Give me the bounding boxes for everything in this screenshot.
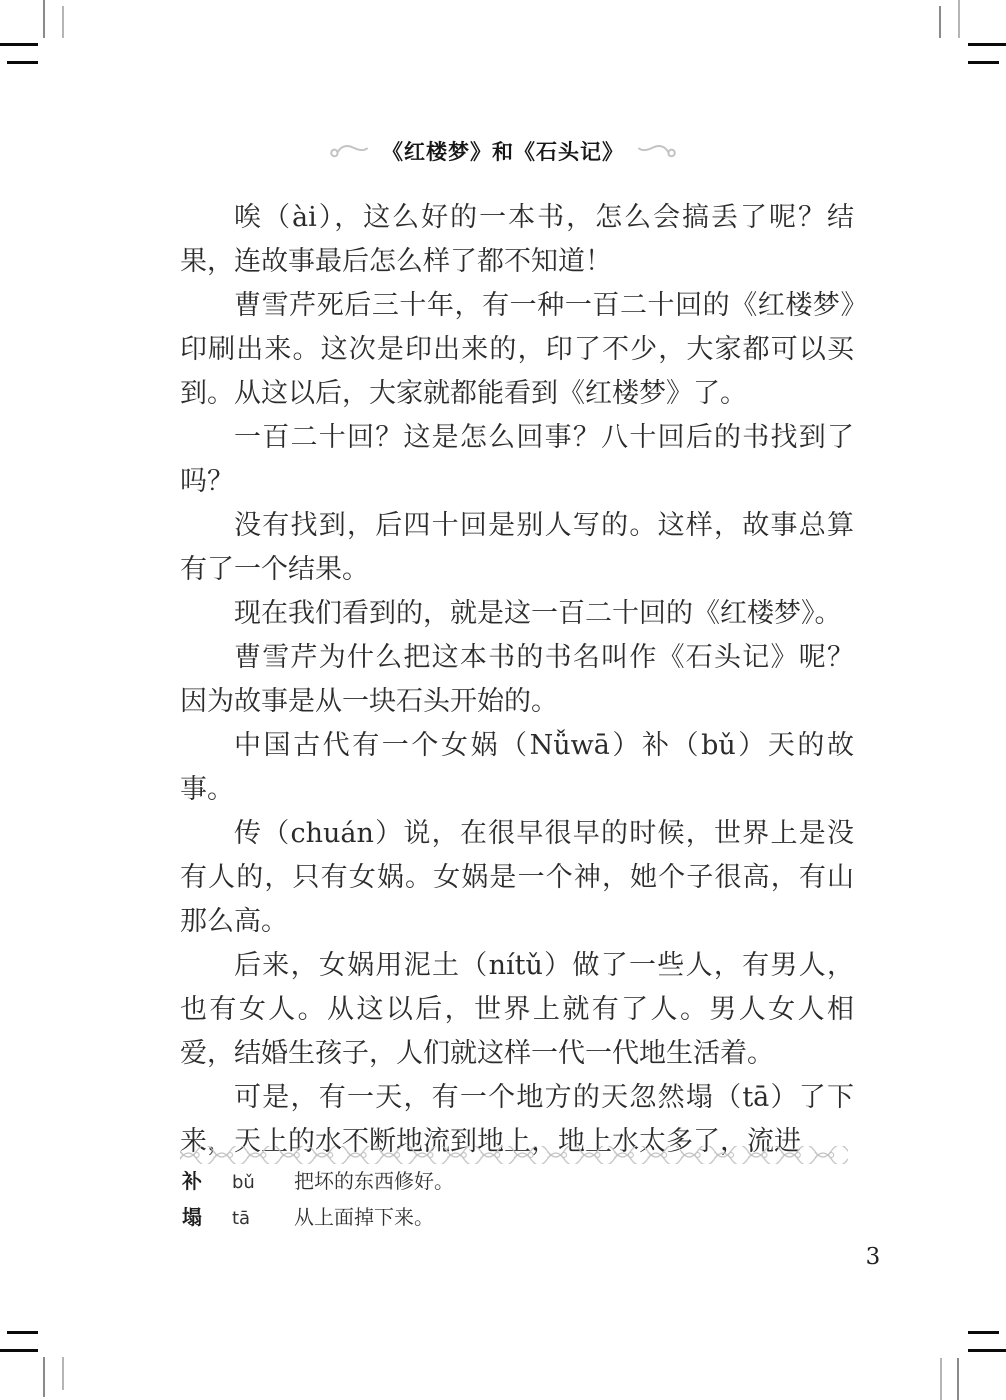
crop-mark-bottom-right-h2	[968, 1349, 1006, 1352]
footnote-pinyin: bǔ	[232, 1165, 272, 1200]
paragraph: 一百二十回？这是怎么回事？八十回后的书找到了吗？	[180, 416, 854, 504]
paragraph: 传（chuán）说，在很早很早的时候，世界上是没有人的，只有女娲。女娲是一个神，…	[180, 812, 854, 944]
page-number: 3	[858, 1244, 888, 1270]
crop-mark-bottom-right-h1	[968, 1331, 999, 1334]
crop-mark-bottom-right-v2	[957, 1358, 959, 1400]
crop-mark-bottom-right-v1	[940, 1358, 942, 1400]
crop-mark-top-right-v2	[958, 0, 960, 38]
crop-mark-top-right-v1	[939, 6, 941, 38]
flourish-swirl-right-icon	[637, 143, 677, 159]
body-text: 唉（ài），这么好的一本书，怎么会搞丢了呢？结果，连故事最后怎么样了都不知道！ …	[180, 196, 854, 1164]
footnote-row: 塌 tā 从上面掉下来。	[182, 1200, 854, 1236]
chapter-header: 《红楼梦》和《石头记》	[0, 136, 1006, 166]
paragraph: 唉（ài），这么好的一本书，怎么会搞丢了呢？结果，连故事最后怎么样了都不知道！	[180, 196, 854, 284]
crop-mark-top-right-h2	[968, 61, 999, 64]
flourish-swirl-left-icon	[329, 143, 369, 159]
crop-mark-top-left-v2	[62, 6, 64, 38]
crop-mark-top-left-v1	[43, 0, 45, 38]
paragraph: 中国古代有一个女娲（Nǚwā）补（bǔ）天的故事。	[180, 724, 854, 812]
footnote-pinyin: tā	[232, 1201, 272, 1236]
footnote-term: 塌	[182, 1200, 208, 1235]
footnote-term: 补	[182, 1164, 208, 1199]
crop-mark-bottom-left-h1	[7, 1331, 38, 1334]
crop-mark-top-left-h2	[7, 61, 38, 64]
footnotes: 补 bǔ 把坏的东西修好。 塌 tā 从上面掉下来。	[182, 1164, 854, 1236]
footnote-divider-ornament	[180, 1146, 848, 1164]
footnote-definition: 从上面掉下来。	[294, 1200, 434, 1235]
book-page: 《红楼梦》和《石头记》 唉（ài），这么好的一本书，怎么会搞丢了呢？结果，连故事…	[0, 0, 1006, 1400]
crop-mark-bottom-left-v1	[43, 1357, 45, 1397]
paragraph: 没有找到，后四十回是别人写的。这样，故事总算有了一个结果。	[180, 504, 854, 592]
paragraph: 现在我们看到的，就是这一百二十回的《红楼梦》。	[180, 592, 854, 636]
crop-mark-top-right-h1	[968, 43, 1006, 46]
paragraph: 曹雪芹死后三十年，有一种一百二十回的《红楼梦》印刷出来。这次是印出来的，印了不少…	[180, 284, 854, 416]
crop-mark-bottom-left-v2	[62, 1357, 64, 1390]
paragraph: 曹雪芹为什么把这本书的书名叫作《石头记》呢？因为故事是从一块石头开始的。	[180, 636, 854, 724]
crop-mark-bottom-left-h2	[0, 1349, 38, 1352]
footnote-definition: 把坏的东西修好。	[294, 1164, 454, 1199]
footnote-row: 补 bǔ 把坏的东西修好。	[182, 1164, 854, 1200]
crop-mark-top-left-h1	[0, 43, 38, 46]
chapter-title: 《红楼梦》和《石头记》	[382, 136, 624, 166]
paragraph: 后来，女娲用泥土（nítǔ）做了一些人，有男人，也有女人。从这以后，世界上就有了…	[180, 944, 854, 1076]
